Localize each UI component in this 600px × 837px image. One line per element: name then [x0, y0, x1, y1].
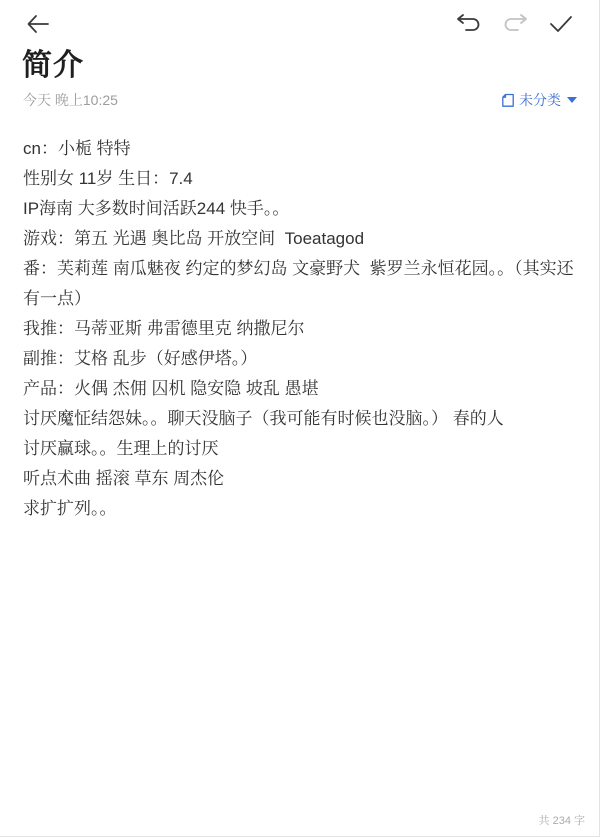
- undo-arrow-icon: [456, 13, 482, 35]
- note-line: IP海南 大多数时间活跃244 快手。。: [23, 194, 576, 224]
- confirm-button[interactable]: [547, 12, 575, 36]
- redo-button[interactable]: [501, 12, 529, 36]
- category-selector[interactable]: 未分类: [501, 90, 577, 110]
- note-title[interactable]: 简介: [22, 48, 577, 84]
- triangle-down-icon: [567, 97, 577, 103]
- note-category-icon: [501, 93, 515, 108]
- note-line: 番：芙莉莲 南瓜魅夜 约定的梦幻岛 文豪野犬 紫罗兰永恒花园。。（其实还有一点）: [23, 254, 576, 314]
- top-toolbar: [0, 0, 599, 40]
- note-line: 我推：马蒂亚斯 弗雷德里克 纳撒尼尔: [23, 314, 576, 344]
- back-arrow-icon: [26, 14, 50, 34]
- note-line: 听点术曲 摇滚 草东 周杰伦: [23, 464, 576, 494]
- note-line: 讨厌魔怔结怨妹。。聊天没脑子（我可能有时候也没脑。） 春的人: [23, 404, 576, 434]
- back-button[interactable]: [24, 12, 52, 36]
- note-line: 性别女 11岁 生日：7.4: [23, 164, 576, 194]
- undo-button[interactable]: [455, 12, 483, 36]
- redo-arrow-icon: [502, 13, 528, 35]
- note-line: 副推：艾格 乱步（好感伊塔。）: [23, 344, 576, 374]
- notes-app-edit-screen: { "topbar": { "back_icon": "back-arrow-i…: [0, 0, 600, 837]
- note-body[interactable]: cn：小栀 特特 性别女 11岁 生日：7.4 IP海南 大多数时间活跃244 …: [23, 134, 576, 524]
- note-line: 产品：火偶 杰佣 囚机 隐安隐 坡乱 愚堪: [23, 374, 576, 404]
- note-line: 求扩扩列。。: [23, 494, 576, 524]
- category-label: 未分类: [519, 90, 561, 110]
- note-line: cn：小栀 特特: [23, 134, 576, 164]
- note-timestamp: 今天 晚上10:25: [23, 90, 118, 110]
- word-count: 共 234 字: [539, 812, 585, 828]
- note-line: 游戏：第五 光遇 奥比岛 开放空间 Toeatagod: [23, 224, 576, 254]
- note-meta-row: 今天 晚上10:25 未分类: [23, 90, 577, 110]
- note-line: 讨厌赢球。。生理上的讨厌: [23, 434, 576, 464]
- checkmark-icon: [548, 13, 574, 35]
